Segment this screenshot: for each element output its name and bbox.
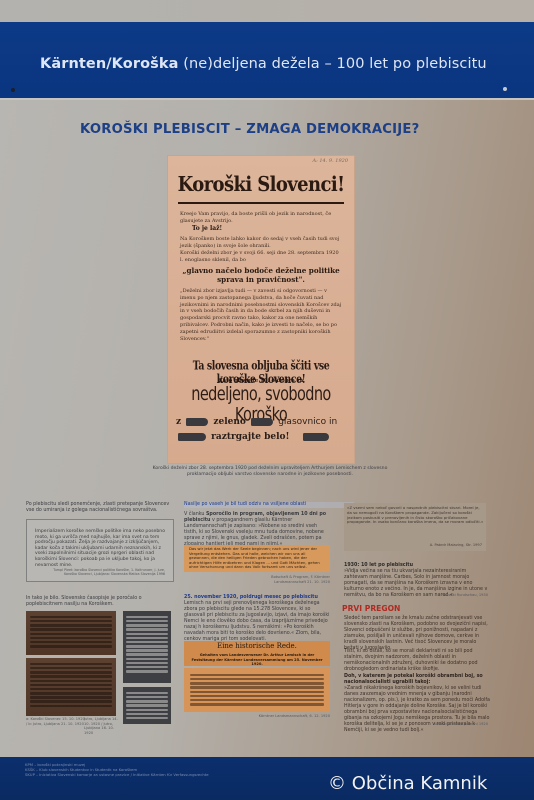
poster-green-b: zeleno: [213, 417, 246, 427]
german-quote: Das wir jetzt das Werk der Seele beginne…: [189, 547, 326, 570]
poster-green-line: z zeleno glasovnico in: [176, 417, 348, 427]
poster-caption: Koroški deželni zbor 28. septembra 1920 …: [150, 466, 390, 478]
poster-rule: [178, 202, 344, 204]
poster-lie: To je laž!: [192, 226, 354, 233]
fraktur-header-box: Eine historische Rede. Gehalten vom Land…: [184, 641, 330, 666]
historic-poster: A: 14. 9. 1920 Koroški Slovenci! Kreejo …: [168, 156, 354, 463]
newspaper-clipping: [26, 611, 116, 655]
copyright-watermark: © Občina Kamnik: [328, 773, 487, 794]
pointing-hand-icon: [303, 433, 329, 441]
poster-para-4: „Deželni zbor izjavlja tudi — v zavesti …: [180, 288, 342, 342]
screw-icon: [11, 88, 15, 92]
poster-para-3: Koroški deželni zbor je v svoji 66. seji…: [180, 250, 342, 263]
footer-legend-item: SKUP – Iniciativa Slovenski kamarje za u…: [25, 772, 209, 777]
poster-tear-text: raztrgajte belo!: [211, 432, 289, 442]
poster-green-a: z: [176, 417, 181, 427]
exhibition-title-bold: Kärnten/Koroška: [40, 56, 179, 72]
panel-title: KOROŠKI PLEBISCIT – ZMAGA DEMOKRACIJE?: [80, 122, 419, 137]
quote-source: Tumpl Pleet: koroško Slovenci politika K…: [45, 568, 165, 576]
fraktur-text-box: [184, 668, 330, 712]
poster-headline: Koroški Slovenci!: [176, 172, 346, 196]
quote-text: Imperializem koroške nemške politike ima…: [35, 529, 165, 568]
middle-heading-1: Nasilje po vaseh je bil tudi odziv na vs…: [184, 502, 354, 508]
fraktur-subtitle: Gehalten vom Landesverweser Dr. Arthur L…: [189, 653, 325, 667]
pregon-para-3: Doh, v katerem je potekal koroški obramb…: [344, 674, 490, 686]
fraktur-title: Eine historische Rede.: [184, 643, 330, 649]
middle-para-1-prefix: V članku: [184, 512, 206, 517]
right-quote-source: A. Pabrdr Malaving, Str. 1997: [384, 543, 482, 548]
exhibition-header-band: Kärnten/Koroška (ne)deljena dežela – 100…: [0, 22, 534, 100]
middle-para-1: V članku Sporočilo in program, objavljen…: [184, 512, 330, 548]
wall-strip: [0, 0, 534, 22]
poster-para-2: Na Koroškem boste lahko kakor do sedaj v…: [180, 236, 342, 249]
screw-icon: [503, 87, 507, 91]
poster-green-c: glasovnico in: [278, 417, 337, 427]
pointing-hand-icon: [178, 433, 206, 441]
middle-para-2: Lemisch na prvi seji prenovljenega koroš…: [184, 601, 330, 643]
fraktur-source: Kärntner Landsmannschaft, 6. 12. 1920: [230, 714, 330, 719]
quote-box: Imperializem koroške nemške politike ima…: [26, 519, 174, 582]
pointing-hand-icon: [186, 418, 208, 426]
right-quote: »Z vsemi sem nekoč govoril o nasprotnih …: [347, 506, 484, 525]
pregon-para-2: Tisti, ki so ostali, so se morali deklar…: [344, 649, 490, 673]
clips-intro: In tako je bilo. Slovensko časopisje je …: [26, 596, 176, 608]
poster-para-1: Kreejo Vam pravijo, da boste prišli ob j…: [180, 211, 342, 224]
exhibition-title: Kärnten/Koroška (ne)deljena dežela – 100…: [40, 56, 487, 72]
para-1930-source: Koroški Rundschau, 1930: [400, 593, 488, 598]
newspaper-clipping: [26, 658, 116, 716]
footer-legend: KPM – koroški pokrajinski muzej KSŠK – K…: [25, 762, 209, 778]
poster-motto: „glavno načelo bodoče deželne politike s…: [180, 266, 342, 284]
clips-caption-left: a: Koroški Slovenec 15. 10. 1920 / b: Ju…: [26, 717, 86, 726]
footer-band: KPM – koroški pokrajinski muzej KSŠK – K…: [0, 757, 534, 800]
pointing-hand-icon: [251, 418, 273, 426]
archive-mark: A: 14. 9. 1920: [178, 158, 348, 164]
newspaper-clipping: [123, 611, 171, 683]
prvi-pregon-heading: PRVI PREGON: [342, 606, 400, 612]
pregon-para-1: Sledeč tem paroliam se že kmalu začne od…: [344, 616, 490, 652]
exhibition-title-rest: (ne)deljena dežela – 100 let po plebisci…: [179, 56, 487, 72]
left-intro: Po plebiscitu sledi ponemčenje, zlasti p…: [26, 502, 176, 514]
german-quote-box: Das wir jetzt das Werk der Seele beginne…: [184, 545, 330, 572]
pregon-para-4: »Zaradi nikakršnega koroških bojevnikov,…: [344, 686, 490, 734]
poster-tear-line: raztrgajte belo!: [176, 432, 348, 442]
german-quote-source: Botschaft & Program, F. Kärntner Landsma…: [250, 575, 330, 584]
clips-caption-right: Jutro, Ljubljana 14. 10. 1920 / Jutro, L…: [84, 717, 120, 735]
newspaper-clipping: [123, 687, 171, 724]
pregon-para-4-source: Koroški plebiscit pomenl 1920: [400, 722, 488, 727]
right-quote-box: »Z vsemi sem nekoč govoril o nasprotnih …: [344, 503, 486, 551]
